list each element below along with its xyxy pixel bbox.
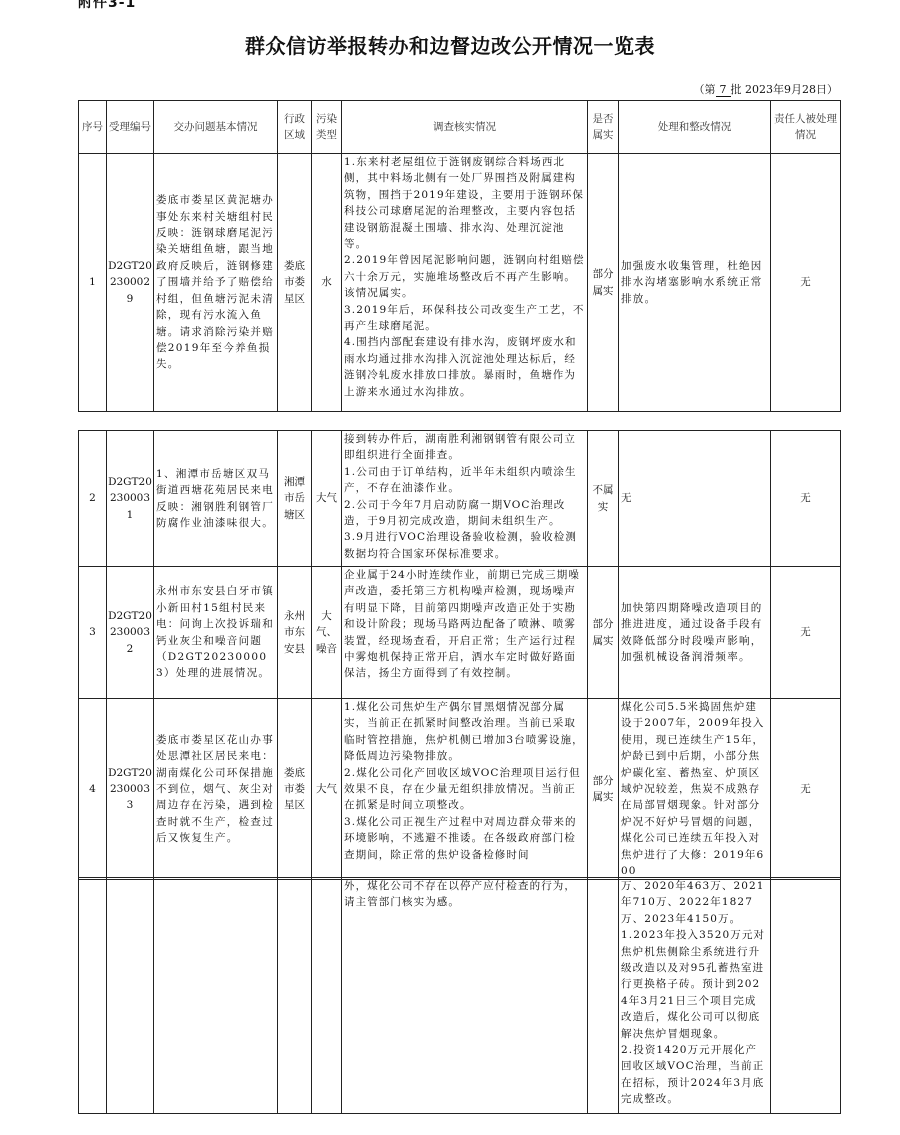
- row-pollution: 水: [312, 154, 342, 412]
- investigation-item: 2.2019年曾因尾泥影响问题，涟钢向村组赔偿六十余万元，实施堆场整改后不再产生…: [344, 252, 585, 301]
- row-punishment: 无: [771, 154, 841, 412]
- cont-punishment: [771, 878, 841, 1114]
- row-no: 1: [79, 154, 107, 412]
- page-title: 群众信访举报转办和边督边改公开情况一览表: [0, 30, 900, 59]
- row-region: 湘潭市岳塘区: [278, 431, 312, 567]
- row-investigation: 1.煤化公司焦炉生产偶尔冒黑烟情况部分属实，当前正在抓紧时间整改治理。当前已采取…: [342, 699, 588, 880]
- header-code: 受理编号: [107, 101, 154, 154]
- row-verified: 不属实: [588, 431, 619, 567]
- row-code: D2GT202300031: [107, 431, 154, 567]
- cont-region: [278, 878, 312, 1114]
- cont-investigation: 外，煤化公司不存在以停产应付检查的行为，请主管部门核实为感。: [342, 878, 588, 1114]
- row-issue: 永州市东安县白牙市镇小新田村15组村民来电：问询上次投诉瑞和钙业灰尘和噪音问题（…: [154, 567, 278, 699]
- row-issue: 1、湘潭市岳塘区双马街道西塘花苑居民来电反映：湘钢胜利钢管厂防腐作业油漆味很大。: [154, 431, 278, 567]
- row-code: D2GT202300032: [107, 567, 154, 699]
- row-handling: 加强废水收集管理，杜绝因排水沟堵塞影响水系统正常排放。: [619, 154, 771, 412]
- investigation-item: 3.煤化公司正视生产过程中对周边群众带来的环境影响，不逃避不推诿。在各级政府部门…: [344, 814, 585, 863]
- handling-item: 1.2023年投入3520万元对焦炉机焦侧除尘系统进行升级改造以及对95孔蓄热室…: [621, 927, 768, 1042]
- batch-number: 7: [716, 83, 731, 97]
- investigation-item: 1.公司由于订单结构，近半年未组织内喷涂生产，不存在油漆作业。: [344, 464, 585, 497]
- investigation-item: 企业属于24小时连续作业，前期已完成三期噪声改造，委托第三方机构噪声检测，现场噪…: [344, 567, 585, 682]
- row-handling: 煤化公司5.5米捣固焦炉建设于2007年，2009年投入使用，现已连续生产15年…: [619, 699, 771, 880]
- investigation-item: 3.2019年后，环保科技公司改变生产工艺，不再产生球磨尾泥。: [344, 302, 585, 335]
- row-pollution: 大气、噪音: [312, 567, 342, 699]
- batch-info: （第7批 2023年9月28日）: [694, 81, 839, 97]
- row-no: 3: [79, 567, 107, 699]
- header-region: 行政区域: [278, 101, 312, 154]
- table-page-block-3: 外，煤化公司不存在以停产应付检查的行为，请主管部门核实为感。 万、2020年46…: [78, 877, 841, 1114]
- table-page-block-1: 序号 受理编号 交办问题基本情况 行政区域 污染类型 调查核实情况 是否属实 处…: [78, 100, 841, 412]
- row-handling: 无: [619, 431, 771, 567]
- row-pollution: 大气: [312, 699, 342, 880]
- header-no: 序号: [79, 101, 107, 154]
- row-no: 2: [79, 431, 107, 567]
- table-row: 4 D2GT202300033 娄底市娄星区花山办事处思潭社区居民来电：湖南煤化…: [79, 699, 841, 880]
- investigation-item: 2.公司于今年7月启动防腐一期VOC治理改造，于9月初完成改造，期间未组织生产。: [344, 497, 585, 530]
- row-code: D2GT202300033: [107, 699, 154, 880]
- cont-verified: [588, 878, 619, 1114]
- row-issue: 娄底市娄星区花山办事处思潭社区居民来电：湖南煤化公司环保措施不到位，烟气、灰尘对…: [154, 699, 278, 880]
- row-investigation: 企业属于24小时连续作业，前期已完成三期噪声改造，委托第三方机构噪声检测，现场噪…: [342, 567, 588, 699]
- row-punishment: 无: [771, 431, 841, 567]
- header-pollution: 污染类型: [312, 101, 342, 154]
- row-verified: 部分属实: [588, 567, 619, 699]
- row-punishment: 无: [771, 699, 841, 880]
- row-issue: 娄底市娄星区黄泥塘办事处东来村关塘组村民反映：涟钢球磨尾泥污染关塘组鱼塘，跟当地…: [154, 154, 278, 412]
- row-code: D2GT202300029: [107, 154, 154, 412]
- table-header-row: 序号 受理编号 交办问题基本情况 行政区域 污染类型 调查核实情况 是否属实 处…: [79, 101, 841, 154]
- attachment-label: 附件3-1: [78, 0, 136, 12]
- table-row: 1 D2GT202300029 娄底市娄星区黄泥塘办事处东来村关塘组村民反映：涟…: [79, 154, 841, 412]
- handling-item: 2.投资1420万元开展化产回收区域VOC治理，当前正在招标，预计2024年3月…: [621, 1042, 768, 1108]
- investigation-item: 1.煤化公司焦炉生产偶尔冒黑烟情况部分属实，当前正在抓紧时间整改治理。当前已采取…: [344, 699, 585, 765]
- cont-issue: [154, 878, 278, 1114]
- investigation-item: 4.围挡内部配套建设有排水沟，废钢坪废水和雨水均通过排水沟排入沉淀池处理达标后，…: [344, 334, 585, 400]
- row-verified: 部分属实: [588, 699, 619, 880]
- row-investigation: 接到转办件后，湖南胜利湘钢钢管有限公司立即组织进行全面排查。 1.公司由于订单结…: [342, 431, 588, 567]
- cont-no: [79, 878, 107, 1114]
- row-investigation: 1.东来村老屋组位于涟钢废钢综合料场西北侧，其中料场北侧有一处厂界围挡及附属建构…: [342, 154, 588, 412]
- investigation-item: 3.9月进行VOC治理设备验收检测，验收检测数据均符合国家环保标准要求。: [344, 529, 585, 562]
- cont-pollution: [312, 878, 342, 1114]
- table-row: 2 D2GT202300031 1、湘潭市岳塘区双马街道西塘花苑居民来电反映：湘…: [79, 431, 841, 567]
- row-handling: 加快第四期降噪改造项目的推进进度，通过设备手段有效降低部分时段噪声影响，加强机械…: [619, 567, 771, 699]
- row-punishment: 无: [771, 567, 841, 699]
- investigation-item: 接到转办件后，湖南胜利湘钢钢管有限公司立即组织进行全面排查。: [344, 431, 585, 464]
- row-region: 娄底市娄星区: [278, 154, 312, 412]
- batch-prefix: （第: [694, 83, 716, 96]
- header-handling: 处理和整改情况: [619, 101, 771, 154]
- handling-item: 万、2020年463万、2021年710万、2022年1827万、2023年41…: [621, 878, 768, 927]
- investigation-item: 1.东来村老屋组位于涟钢废钢综合料场西北侧，其中料场北侧有一处厂界围挡及附属建构…: [344, 154, 585, 252]
- row-verified: 部分属实: [588, 154, 619, 412]
- table-page-block-2: 2 D2GT202300031 1、湘潭市岳塘区双马街道西塘花苑居民来电反映：湘…: [78, 430, 841, 880]
- header-investigation: 调查核实情况: [342, 101, 588, 154]
- header-punishment: 责任人被处理情况: [771, 101, 841, 154]
- row-region: 娄底市娄星区: [278, 699, 312, 880]
- row-no: 4: [79, 699, 107, 880]
- header-verified: 是否属实: [588, 101, 619, 154]
- investigation-item: 外，煤化公司不存在以停产应付检查的行为，请主管部门核实为感。: [344, 878, 585, 911]
- cont-code: [107, 878, 154, 1114]
- batch-suffix: 批 2023年9月28日）: [731, 83, 839, 96]
- investigation-item: 2.煤化公司化产回收区域VOC治理项目运行但效果不良，存在少量无组织排放情况。当…: [344, 765, 585, 814]
- row-region: 永州市东安县: [278, 567, 312, 699]
- cont-handling: 万、2020年463万、2021年710万、2022年1827万、2023年41…: [619, 878, 771, 1114]
- table-row-continuation: 外，煤化公司不存在以停产应付检查的行为，请主管部门核实为感。 万、2020年46…: [79, 878, 841, 1114]
- table-row: 3 D2GT202300032 永州市东安县白牙市镇小新田村15组村民来电：问询…: [79, 567, 841, 699]
- row-pollution: 大气: [312, 431, 342, 567]
- header-issue: 交办问题基本情况: [154, 101, 278, 154]
